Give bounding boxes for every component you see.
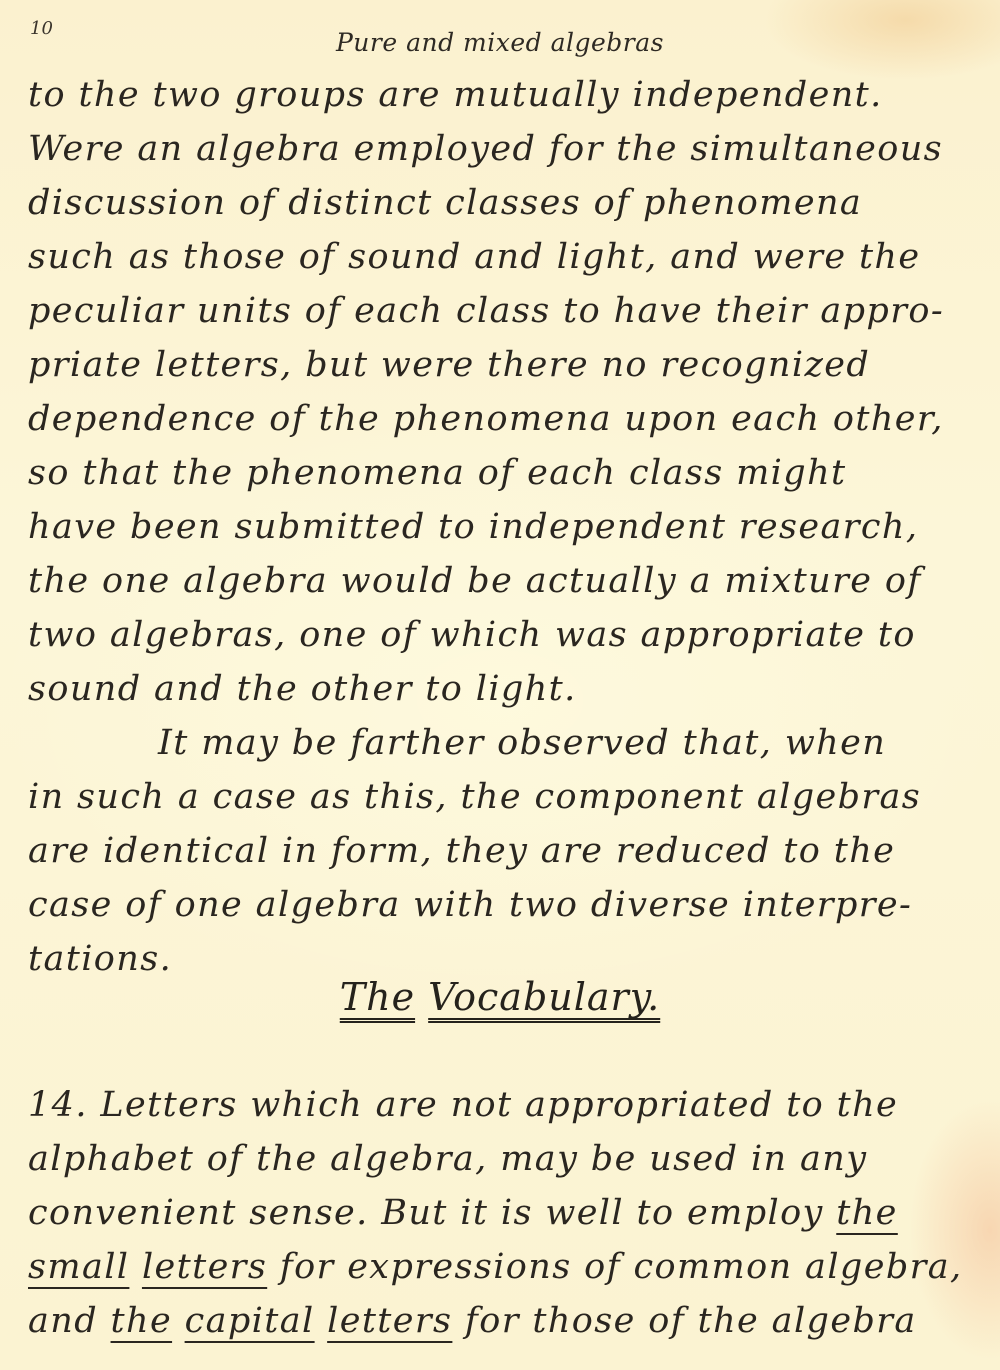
text-span: and	[28, 1301, 111, 1341]
text-span	[172, 1301, 185, 1341]
text-line: small letters for expressions of common …	[28, 1250, 963, 1285]
underlined-word: small	[28, 1247, 129, 1287]
text-span: for expressions of common algebra,	[267, 1247, 962, 1287]
heading-word: Vocabulary.	[428, 975, 660, 1019]
section-heading: The Vocabulary.	[0, 975, 1000, 1019]
text-line: two algebras, one of which was appropria…	[28, 618, 916, 653]
text-line: and the capital letters for those of the…	[28, 1304, 917, 1339]
underlined-word: letters	[142, 1247, 267, 1287]
text-line: It may be farther observed that, when	[158, 726, 886, 761]
text-line: priate letters, but were there no recogn…	[28, 348, 870, 383]
text-span	[129, 1247, 142, 1287]
heading-word: The	[340, 975, 415, 1019]
text-line: alphabet of the algebra, may be used in …	[28, 1142, 867, 1177]
text-line: to the two groups are mutually independe…	[28, 78, 883, 113]
underlined-word: the	[836, 1193, 898, 1233]
underlined-word: letters	[327, 1301, 452, 1341]
text-line: case of one algebra with two diverse int…	[28, 888, 912, 923]
text-span: convenient sense. But it is well to empl…	[28, 1193, 836, 1233]
text-line: peculiar units of each class to have the…	[28, 294, 944, 329]
text-span: for those of the algebra	[452, 1301, 916, 1341]
text-line: dependence of the phenomena upon each ot…	[28, 402, 944, 437]
underlined-word: the	[111, 1301, 173, 1341]
text-line: sound and the other to light.	[28, 672, 577, 707]
running-head: Pure and mixed algebras	[0, 28, 1000, 57]
text-line: Were an algebra employed for the simulta…	[28, 132, 943, 167]
underlined-word: capital	[185, 1301, 315, 1341]
manuscript-page: 10 Pure and mixed algebras to the two gr…	[0, 0, 1000, 1370]
text-line: convenient sense. But it is well to empl…	[28, 1196, 898, 1231]
text-line: the one algebra would be actually a mixt…	[28, 564, 922, 599]
text-line: 14. Letters which are not appropriated t…	[28, 1088, 898, 1123]
text-line: tations.	[28, 942, 172, 977]
text-line: such as those of sound and light, and we…	[28, 240, 921, 275]
text-line: so that the phenomena of each class migh…	[28, 456, 846, 491]
text-line: in such a case as this, the component al…	[28, 780, 921, 815]
text-line: are identical in form, they are reduced …	[28, 834, 895, 869]
text-line: have been submitted to independent resea…	[28, 510, 918, 545]
text-span	[315, 1301, 328, 1341]
text-line: discussion of distinct classes of phenom…	[28, 186, 862, 221]
